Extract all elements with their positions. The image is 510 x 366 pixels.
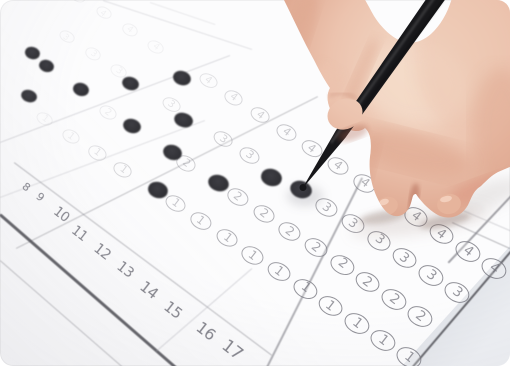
answer-bubble: 1 (316, 292, 347, 320)
answer-bubble: 1 (239, 242, 267, 267)
bubble-digit: 3 (398, 250, 413, 265)
bubble-digit: 4 (435, 226, 450, 241)
answer-bubble: 2 (353, 268, 384, 296)
bubble-digit: 2 (412, 308, 427, 324)
filled-bubble-mark (121, 117, 142, 136)
question-number: 15 (160, 297, 185, 322)
question-number: 13 (113, 259, 136, 282)
bubble-digit: 1 (169, 198, 181, 211)
bubble-digit: 1 (40, 114, 50, 125)
answer-bubble: 1 (290, 276, 320, 303)
bubble-digit: 4 (151, 42, 161, 53)
answer-bubble: 4 (273, 121, 298, 144)
answer-bubble: 4 (120, 21, 140, 39)
answer-sheet: 1341341234143124134123412412412341234123… (0, 0, 510, 366)
bubble-digit: 3 (372, 233, 386, 248)
filled-bubble-mark (172, 69, 193, 87)
answer-bubble: 4 (146, 38, 167, 57)
bubble-digit: 1 (272, 265, 286, 280)
answer-bubble: 2 (250, 202, 277, 226)
answer-bubble: 1 (162, 193, 188, 216)
bubble-digit: 4 (332, 159, 345, 173)
bubble-digit: 4 (486, 260, 501, 276)
bubble-digit: 1 (195, 214, 208, 227)
filled-bubble-mark (71, 80, 90, 97)
bubble-digit: 4 (99, 8, 108, 18)
answer-bubble: 2 (378, 285, 410, 313)
bubble-digit: 4 (228, 92, 239, 104)
bubble-digit: 4 (409, 209, 423, 224)
answer-bubble: 3 (364, 228, 394, 255)
filled-bubble-mark (23, 45, 41, 61)
bubble-digit: 2 (232, 190, 245, 203)
answer-bubble: 2 (301, 235, 330, 261)
bubble-digit: 1 (324, 298, 339, 314)
question-number: 12 (90, 241, 113, 264)
bubble-digit: 1 (375, 332, 390, 348)
answer-bubble: 4 (452, 237, 484, 265)
answer-bubble: 4 (324, 154, 351, 178)
bubble-digit: 2 (283, 224, 296, 238)
bubble-digit: 1 (349, 315, 364, 331)
photo-frame: 1341341234143124134123412412412341234123… (0, 0, 510, 366)
sheet-line (0, 260, 124, 366)
bubble-digit: 4 (254, 109, 266, 121)
answer-bubble: 1 (188, 209, 214, 233)
bubble-digit: 1 (220, 231, 233, 245)
bubble-digit: 3 (320, 200, 333, 214)
answer-bubble: 3 (415, 261, 447, 289)
answer-bubble: 3 (313, 194, 341, 219)
bubble-digit: 3 (88, 49, 98, 59)
question-number: 14 (136, 277, 161, 302)
bubble-digit: 3 (449, 284, 464, 300)
answer-bubble: 3 (83, 45, 103, 63)
answer-bubble: 4 (69, 0, 87, 4)
answer-bubble: 1 (60, 126, 82, 146)
bubble-digit: 4 (125, 25, 135, 35)
bubble-digit: 2 (258, 207, 271, 221)
answer-bubble: 4 (376, 187, 405, 213)
bubble-digit: 2 (361, 274, 376, 290)
question-number: 9 (33, 190, 46, 204)
filled-bubble-mark (172, 110, 194, 130)
bubble-digit: 4 (74, 0, 83, 1)
answer-bubble: 4 (94, 4, 113, 21)
answer-bubble: 4 (222, 87, 246, 108)
bubble-digit: 4 (280, 126, 292, 139)
bubble-digit: 2 (180, 157, 192, 169)
answer-bubble: 2 (327, 252, 357, 279)
answer-bubble: 2 (97, 102, 119, 122)
bubble-digit: 1 (401, 349, 416, 365)
bubble-digit: 1 (92, 147, 103, 159)
question-number: 8 (19, 180, 32, 194)
question-number: 11 (68, 223, 89, 244)
answer-bubble: 1 (264, 259, 293, 285)
finger-contact-shadow (358, 207, 407, 227)
bubble-digit: 1 (246, 248, 259, 262)
bubble-digit: 4 (357, 176, 370, 190)
bubble-digit: 4 (306, 142, 318, 155)
answer-bubble: 3 (236, 145, 261, 168)
bubble-digit: 2 (335, 257, 349, 272)
filled-bubble-mark (20, 88, 39, 105)
finger-contact-shadow (443, 170, 510, 222)
answer-bubble: 4 (248, 104, 272, 126)
answer-bubble: 1 (34, 110, 55, 129)
question-number: 16 (193, 318, 220, 345)
filled-bubble-mark (206, 172, 231, 194)
bubble-digit: 1 (117, 164, 128, 176)
answer-bubble: 1 (341, 309, 373, 337)
bubble-digit: 3 (346, 217, 360, 232)
bubble-digit: 3 (423, 267, 438, 283)
answer-bubble: 1 (367, 326, 399, 354)
bubble-digit: 3 (114, 66, 124, 77)
filled-bubble-mark (288, 178, 314, 201)
answer-bubble: 4 (197, 71, 220, 91)
answer-bubble: 3 (57, 28, 76, 45)
answer-bubble: 2 (276, 218, 304, 243)
answer-bubble: 4 (427, 220, 458, 248)
bubble-digit: 1 (66, 130, 76, 141)
answer-bubble: 3 (390, 244, 421, 272)
bubble-digit: 2 (309, 241, 323, 256)
bubble-digit: 3 (243, 150, 255, 163)
answer-bubble: 1 (393, 343, 425, 366)
answer-bubble: 1 (213, 226, 240, 251)
filled-bubble-mark (259, 166, 284, 188)
answer-bubble: 2 (225, 185, 251, 209)
bubble-digit: 4 (383, 193, 397, 208)
answer-bubble: 1 (111, 159, 135, 180)
bubble-digit: 2 (103, 106, 113, 117)
bubble-digit: 3 (166, 99, 177, 110)
answer-bubble: 4 (299, 137, 325, 161)
filled-bubble-mark (38, 58, 56, 74)
sheet-line (463, 210, 510, 232)
bubble-digit: 4 (203, 75, 214, 86)
sheet-line (150, 2, 215, 25)
answer-bubble: 1 (86, 143, 109, 164)
question-number: 17 (218, 336, 247, 364)
answer-bubble: 2 (404, 302, 436, 330)
bubble-digit: 2 (386, 291, 401, 307)
screenshot: 1341341234143124134123412412412341234123… (0, 0, 510, 366)
bubble-digit: 1 (298, 281, 312, 296)
answer-bubble: 4 (401, 204, 431, 231)
bubble-digit: 3 (62, 32, 71, 42)
bubble-digit: 3 (217, 133, 229, 145)
bubble-digit: 4 (460, 243, 475, 259)
